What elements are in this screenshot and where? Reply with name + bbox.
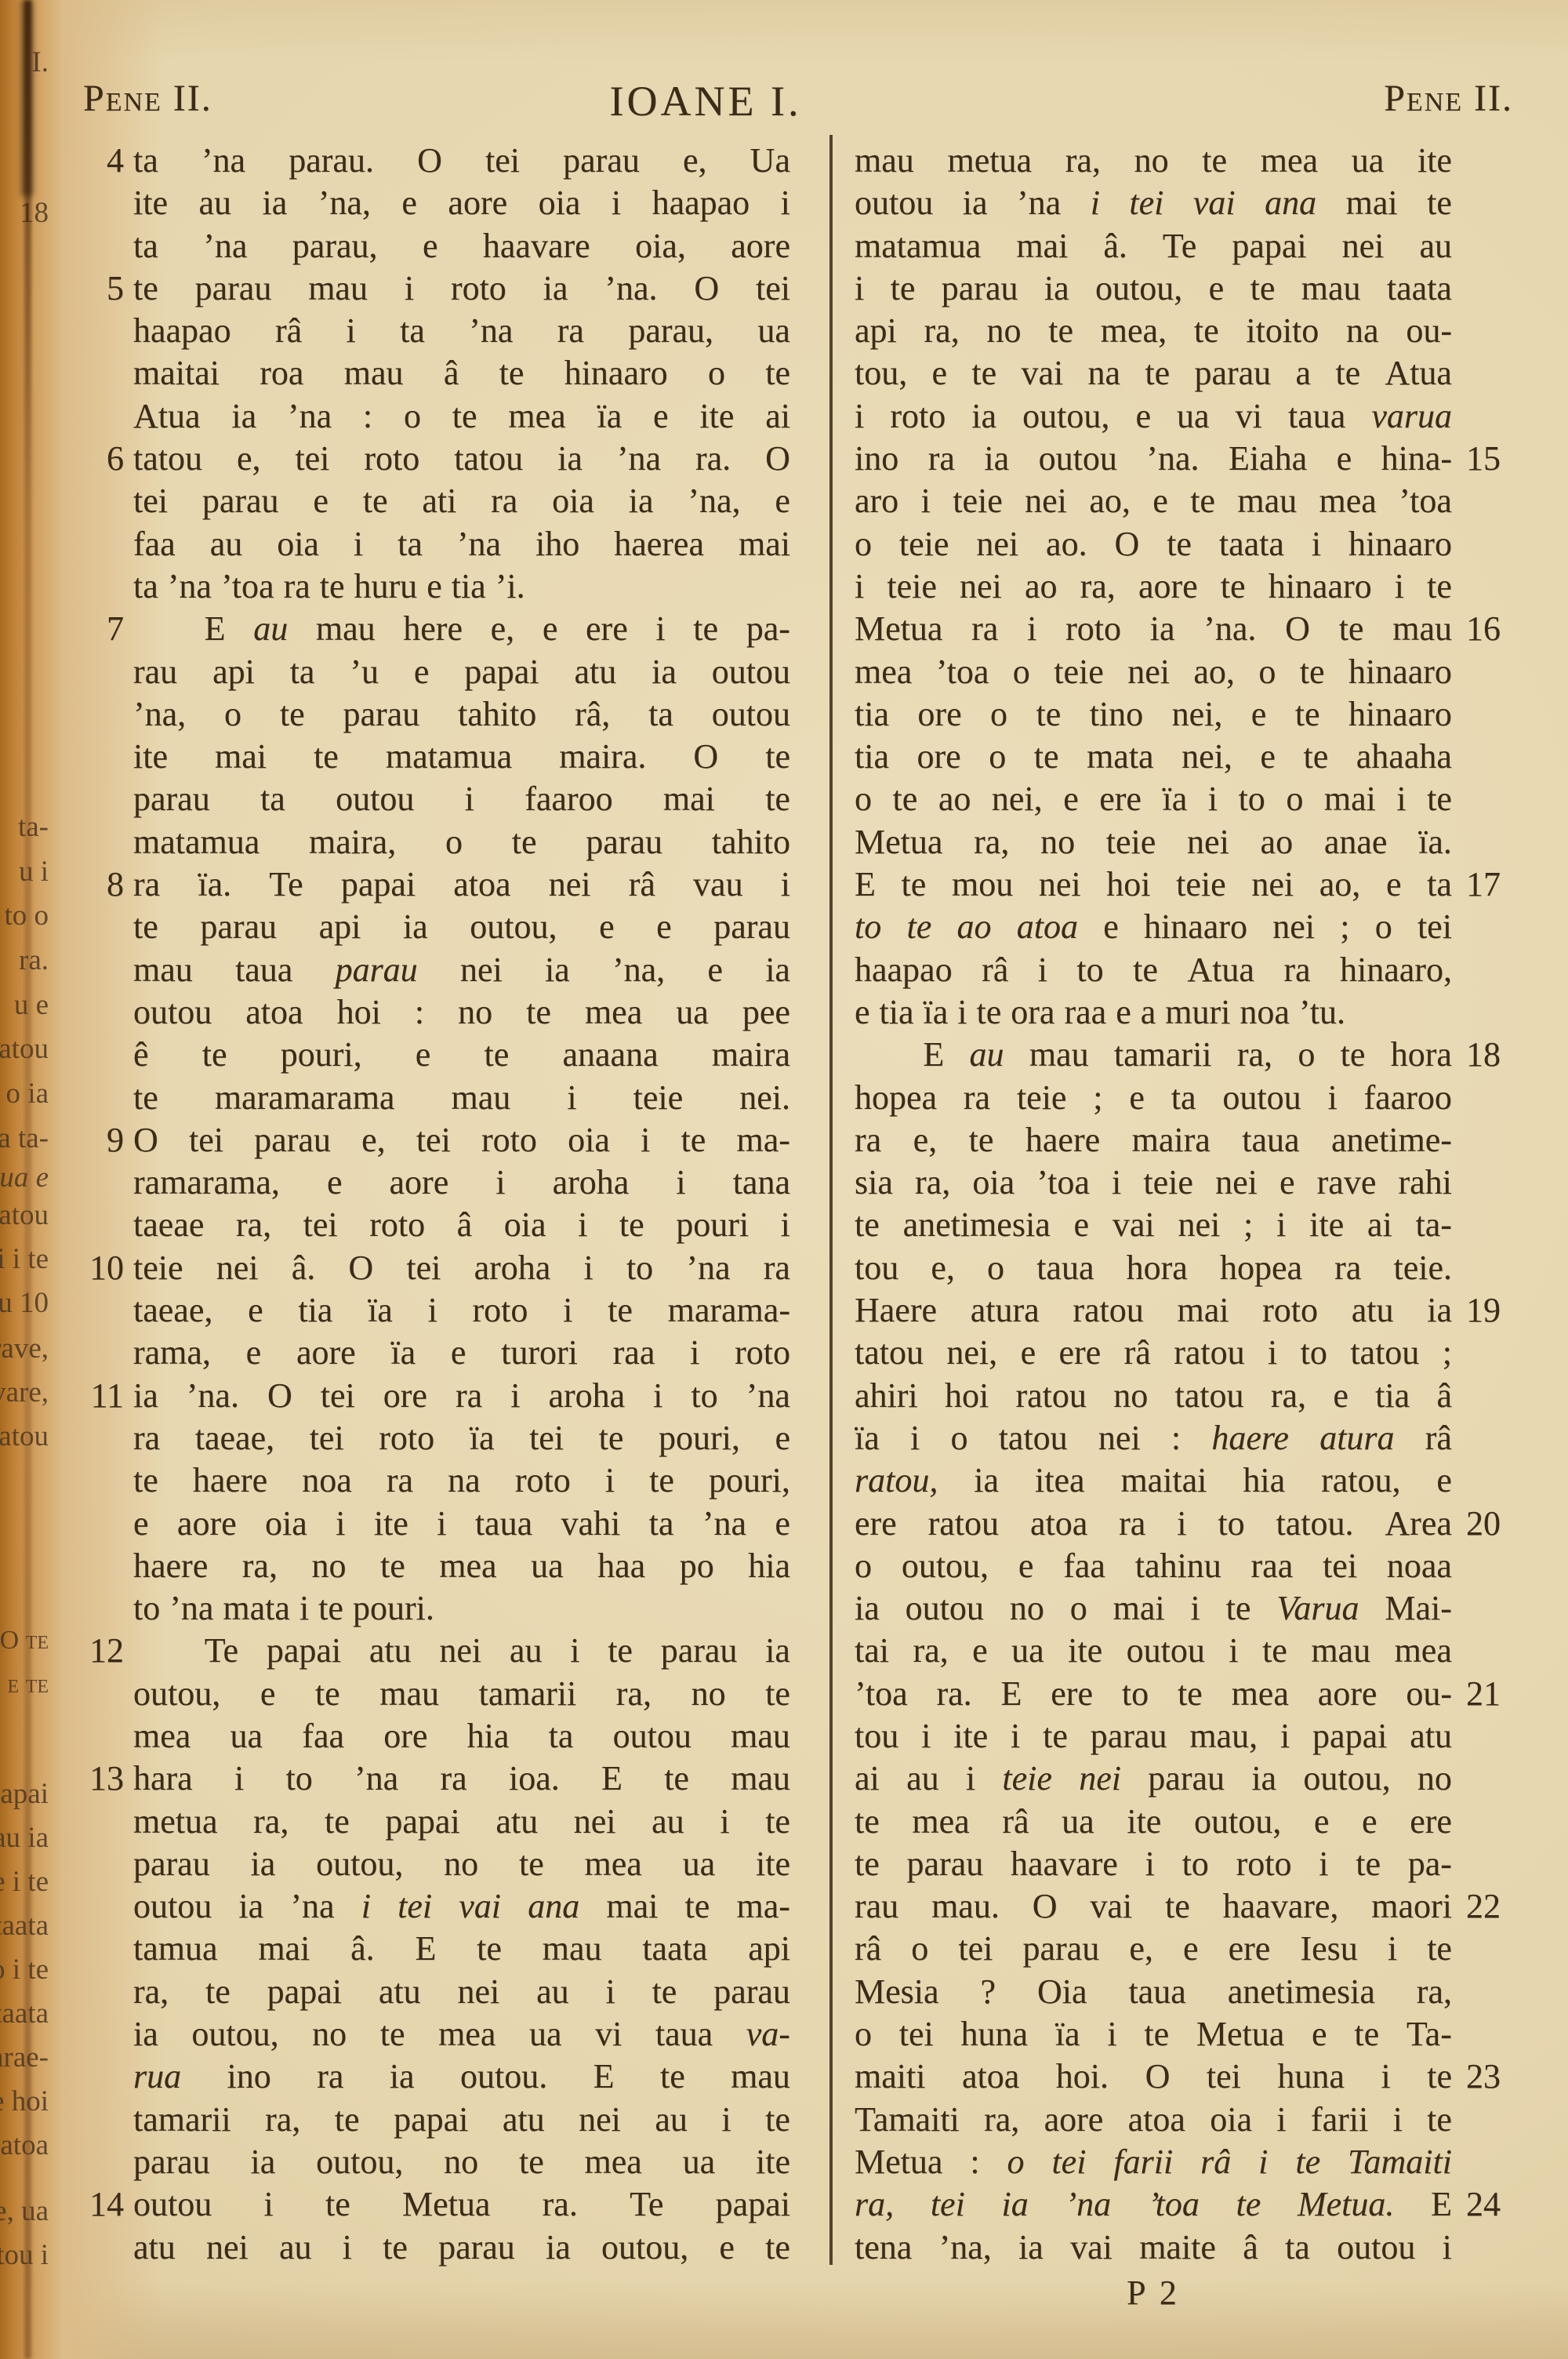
text-column-left: 4ta’naparau.Oteiparaue,Uaiteauia’na,eaor…	[133, 140, 790, 2269]
text-line: outou,etemautamariira,note	[133, 1673, 790, 1715]
text-line: teiparaueteatiraoiaia’na,e	[133, 480, 790, 522]
scanned-book-page: I.18ta-u ito ora.u eatouo iaa ta-tua eta…	[0, 0, 1568, 2359]
text-line: meauafaaorehiataoutoumau	[133, 1715, 790, 1757]
text-line: iteauia’na,eaoreoiaihaapaoi	[133, 182, 790, 224]
text-line: mea’toaoteieneiao,otehinaaro	[855, 651, 1452, 693]
text-line: parautaoutouifaaroomaite	[133, 778, 790, 820]
running-head-left: Pene II.	[83, 77, 212, 120]
verse-number: 9	[82, 1119, 124, 1161]
text-line: hopearateie;etaoutouifaaroo	[855, 1077, 1452, 1119]
text-line: 17Etemouneihoiteieneiao,eta	[855, 863, 1452, 906]
text-line: ruainoraiaoutou.Etemau	[133, 2055, 790, 2098]
gutter-text-fragment: ra.	[19, 945, 49, 976]
text-line: matamuamaira,oteparautahito	[133, 821, 790, 863]
text-line: aiauiteieneiparauiaoutou,no	[855, 1757, 1452, 1800]
binding-crease-shadow	[21, 0, 33, 196]
text-line: parauiaoutou,notemeauaite	[133, 2141, 790, 2183]
verse-number: 23	[1466, 2055, 1529, 2098]
verse-number: 21	[1466, 1673, 1529, 1715]
text-line: maitairoamauâtehinaaroote	[133, 352, 790, 394]
paragraph-indent	[133, 1630, 176, 1672]
text-line: faaauoiaita’naihohaereamai	[133, 523, 790, 565]
text-line: 8raïa.Tepapaiatoaneirâvaui	[133, 863, 790, 906]
text-line: toue,otauahorahopearateie.	[855, 1247, 1452, 1289]
text-line: ta’naparau,ehaavareoia,aore	[133, 225, 790, 267]
text-line: to’namataitepouri.	[133, 1587, 790, 1630]
text-line: 18Eaumautamariira,otehora	[855, 1034, 1452, 1076]
text-line: aroiteieneiao,etemaumea’toa	[855, 480, 1452, 522]
text-line: haerera,notemeauahaapohia	[133, 1545, 790, 1587]
text-line: 21’toara.Eeretotemeaaoreou-	[855, 1673, 1452, 1715]
text-line: taira,euaiteoutouitemaumea	[855, 1630, 1452, 1672]
text-column-right: maumetuara,notemeauaiteoutouia’naiteivai…	[855, 140, 1452, 2269]
verse-number: 6	[82, 438, 124, 480]
text-line: 20ereratouatoaraitotatou.Area	[855, 1503, 1452, 1545]
text-line: Atuaia’na:otemeaïaeiteai	[133, 395, 790, 438]
verse-number: 14	[82, 2183, 124, 2226]
text-line: haapaorâitoteAtuarahinaaro,	[855, 949, 1452, 991]
text-line: oteaonei,eereïaitoomaiite	[855, 778, 1452, 820]
verse-number: 22	[1466, 1885, 1529, 1928]
text-line: 5teparaumauirotoia’na.Otei	[133, 267, 790, 310]
text-line: Mesia?Oiatauaanetimesiara,	[855, 1971, 1452, 2013]
text-line: teparauhaavareitorotoitepa-	[855, 1843, 1452, 1885]
verse-number: 7	[82, 608, 124, 650]
text-line: teanetimesiaevainei;iiteaita-	[855, 1204, 1452, 1246]
text-line: ahirihoiratounotatoura,etiaâ	[855, 1375, 1452, 1417]
text-line: ratou,iaiteamaitaihiaratou,e	[855, 1459, 1452, 1502]
text-line: tatounei,eererâratouitotatou;	[855, 1332, 1452, 1374]
verse-number: 5	[82, 267, 124, 310]
text-line: 12Tepapaiatuneiauiteparauia	[133, 1630, 790, 1672]
verse-number: 17	[1466, 863, 1529, 906]
verse-number: 15	[1466, 438, 1529, 480]
text-line: apira,notemea,teitoitonaou-	[855, 310, 1452, 352]
text-line: rama,eaoreïaeturoriraairoto	[133, 1332, 790, 1374]
text-line: ooutou,efaatahinuraateinoaa	[855, 1545, 1452, 1587]
text-line: eaoreoiaiiteitauavahita’nae	[133, 1503, 790, 1545]
gutter-text-fragment: I.	[31, 47, 49, 78]
text-line: 7Eaumauheree,eereitepa-	[133, 608, 790, 650]
text-line: touiiteiteparaumau,ipapaiatu	[855, 1715, 1452, 1757]
text-line: 23maitiatoahoi.Oteihunaite	[855, 2055, 1452, 2098]
text-line: haapaorâita’naraparau,ua	[133, 310, 790, 352]
gutter-text-fragment: u i	[19, 856, 49, 888]
text-line: itemaitematamuamaira.Ote	[133, 736, 790, 778]
gutter-text-fragment: ta-	[18, 812, 49, 843]
text-line: parauiaoutou,notemeauaite	[133, 1843, 790, 1885]
text-line: êtepouri,eteanaanamaira	[133, 1034, 790, 1076]
text-line: tiaoreotetinonei,etehinaaro	[855, 693, 1452, 736]
verse-number: 18	[1466, 1034, 1529, 1076]
text-line: ’na,oteparautahitorâ,taoutou	[133, 693, 790, 736]
verse-number: 24	[1466, 2183, 1529, 2226]
text-line: rauapita’uepapaiatuiaoutou	[133, 651, 790, 693]
text-line: 22raumau.Ovaitehaavare,maori	[855, 1885, 1452, 1928]
text-line: atuneiauiteparauiaoutou,ete	[133, 2226, 790, 2269]
paragraph-indent	[855, 1034, 898, 1076]
text-line: maumetuara,notemeauaite	[855, 140, 1452, 182]
text-line: iaoutounoomaiiteVaruaMai-	[855, 1587, 1452, 1630]
signature-mark: P 2	[855, 2273, 1452, 2313]
text-line: ra,tepapaiatuneiauiteparau	[133, 1971, 790, 2013]
text-line: 6tatoue,teirototatouia’nara.O	[133, 438, 790, 480]
text-line: 15inoraiaoutou’na.Eiahaehina-	[855, 438, 1452, 480]
text-line: etiaïaiteoraraaeamurinoa’tu.	[855, 991, 1452, 1034]
text-line: outouia’naiteivaianamaitema-	[133, 1885, 790, 1928]
text-line: tena’na,iavaimaiteâtaoutoui	[855, 2226, 1452, 2269]
text-line: oteieneiao.Otetaataihinaaro	[855, 523, 1452, 565]
text-line: matamuamaiâ.Tepapaineiau	[855, 225, 1452, 267]
text-line: Metuara,noteieneiaoanaeïa.	[855, 821, 1452, 863]
text-line: râoteiparaue,eereIesuite	[855, 1928, 1452, 1970]
text-line: oteihunaïaiteMetuaeteTa-	[855, 2013, 1452, 2055]
text-line: toteaoatoaehinaaronei;otei	[855, 906, 1452, 948]
text-line: iaoutou,notemeauavitauava-	[133, 2013, 790, 2055]
text-line: Metua:oteifariirâiteTamaiti	[855, 2141, 1452, 2183]
verse-number: 16	[1466, 608, 1529, 650]
running-head-right: Pene II.	[1384, 77, 1513, 120]
text-line: temearâuaiteoutou,eeere	[855, 1801, 1452, 1843]
text-line: rae,tehaeremairatauaanetime-	[855, 1119, 1452, 1161]
verse-number: 4	[82, 140, 124, 182]
paragraph-indent	[133, 608, 176, 650]
verse-number: 19	[1466, 1289, 1529, 1332]
text-line: 13haraito’naraioa.Etemau	[133, 1757, 790, 1800]
verse-number: 13	[82, 1757, 124, 1800]
text-line: tiaoreotematanei,eteahaaha	[855, 736, 1452, 778]
text-line: ta’na’toaratehuruetia’i.	[133, 565, 790, 608]
text-line: ïaiotatounei:haereaturarâ	[855, 1417, 1452, 1459]
text-line: outouia’naiteivaianamaite	[855, 182, 1452, 224]
column-divider-rule	[829, 135, 833, 2265]
verse-number: 8	[82, 863, 124, 906]
verse-number: 12	[82, 1630, 124, 1672]
text-line: temaramaramamauiteienei.	[133, 1077, 790, 1119]
text-line: 9Oteiparaue,teirotooiaitema-	[133, 1119, 790, 1161]
text-line: mautauaparauneiia’na,eia	[133, 949, 790, 991]
text-line: tehaerenoaranarotoitepouri,	[133, 1459, 790, 1502]
text-line: metuara,tepapaiatuneiauite	[133, 1801, 790, 1843]
text-line: outouatoahoi:notemeauapee	[133, 991, 790, 1034]
binding-crease	[24, 0, 31, 2359]
text-line: siara,oia’toaiteieneieraverahi	[855, 1161, 1452, 1204]
text-line: 14outouiteMetuara.Tepapai	[133, 2183, 790, 2226]
text-line: Tamaitira,aoreatoaoiaifariiite	[855, 2099, 1452, 2141]
text-line: 11ia’na.Oteioreraiarohaito’na	[133, 1375, 790, 1417]
text-line: teparauapiiaoutou,eeparau	[133, 906, 790, 948]
text-line: tamariira,tepapaiatuneiauite	[133, 2099, 790, 2141]
text-line: irotoiaoutou,euavitauavarua	[855, 395, 1452, 438]
text-line: taeae,etiaïairotoitemarama-	[133, 1289, 790, 1332]
text-line: tamuamaiâ.Etemautaataapi	[133, 1928, 790, 1970]
text-line: iteieneiaora,aoretehinaaroite	[855, 565, 1452, 608]
text-line: ramarama,eaoreiarohaitana	[133, 1161, 790, 1204]
verse-number: 20	[1466, 1503, 1529, 1545]
text-line: taeaera,teirotoâoiaitepourii	[133, 1204, 790, 1246]
text-line: 4ta’naparau.Oteiparaue,Ua	[133, 140, 790, 182]
text-line: 16Metuarairotoia’na.Otemau	[855, 608, 1452, 650]
text-line: 10teieneiâ.Oteiarohaito’nara	[133, 1247, 790, 1289]
text-line: iteparauiaoutou,etemautaata	[855, 267, 1452, 310]
text-line: rataeae,teirotoïateitepouri,e	[133, 1417, 790, 1459]
page-title: IOANE I.	[610, 77, 802, 125]
text-line: 24ra,teiia’na’toateMetua.E	[855, 2183, 1452, 2226]
verse-number: 10	[82, 1247, 124, 1289]
text-line: 19Haereaturaratoumairotoatuia	[855, 1289, 1452, 1332]
text-line: tou,etevainateparauateAtua	[855, 352, 1452, 394]
verse-number: 11	[82, 1375, 124, 1417]
